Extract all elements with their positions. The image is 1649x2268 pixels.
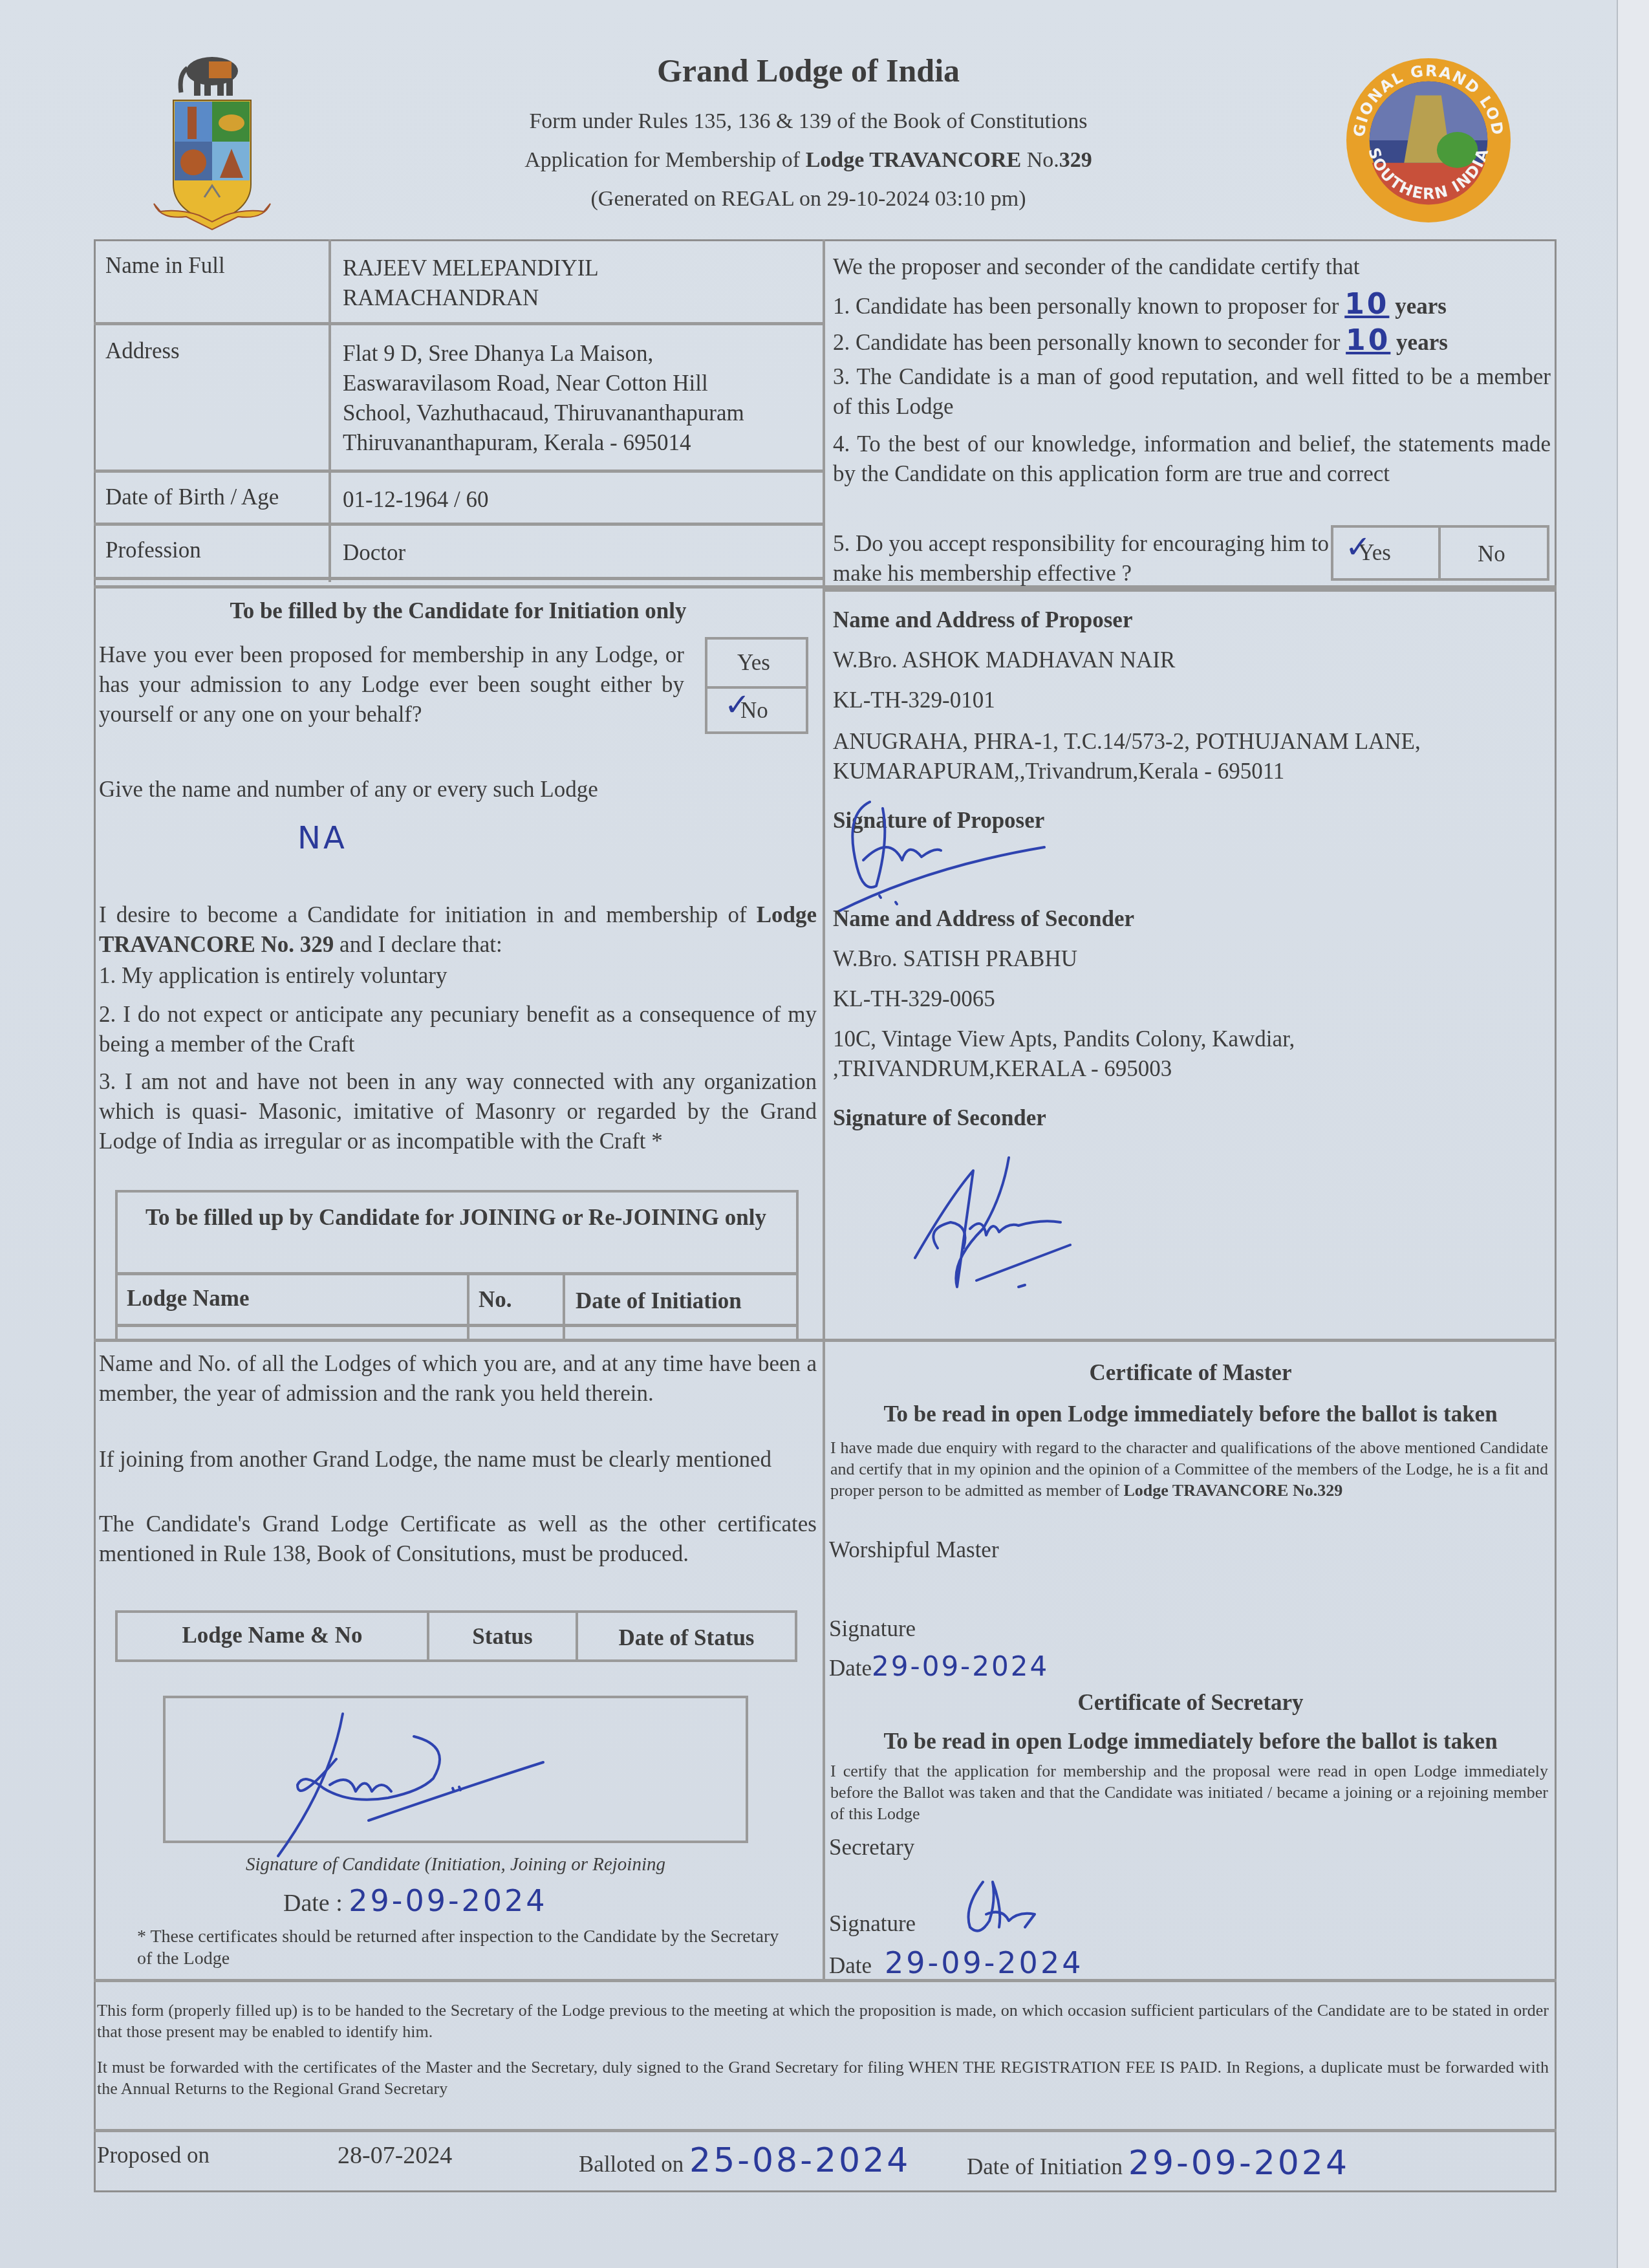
proposer-heading: Name and Address of Proposer <box>833 605 1132 635</box>
declaration-item: 2. I do not expect or anticipate any pec… <box>99 1000 817 1059</box>
declaration-item: 1. My application is entirely voluntary <box>99 961 817 991</box>
row-divider <box>94 470 823 473</box>
name-label: Name in Full <box>105 251 225 281</box>
profession-label: Profession <box>105 535 201 565</box>
master-role: Worshipful Master <box>829 1535 999 1565</box>
secretary-cert-body: I certify that the application for membe… <box>830 1760 1548 1824</box>
row-divider <box>94 577 823 580</box>
give-name-label: Give the name and number of any or every… <box>99 775 598 805</box>
candidate-date-value: 29-09-2024 <box>349 1883 547 1918</box>
seconder-name: W.Bro. SATISH PRABHU <box>833 944 1077 974</box>
seconder-heading: Name and Address of Seconder <box>833 904 1134 934</box>
secretary-signature-icon <box>957 1875 1048 1940</box>
seconder-signature-label: Signature of Seconder <box>833 1103 1046 1133</box>
dob-value: 01-12-1964 / 60 <box>343 485 489 515</box>
certify-intro: We the proposer and seconder of the cand… <box>833 252 1551 282</box>
secretary-role: Secretary <box>829 1833 914 1863</box>
proposer-address-line: ANUGRAHA, PHRA-1, T.C.14/573-2, POTHUJAN… <box>833 727 1421 757</box>
certify-item-5: 5. Do you accept responsibility for enco… <box>833 529 1337 589</box>
row-divider <box>94 322 823 325</box>
master-signature-label: Signature <box>829 1614 916 1644</box>
joining-table-heading: To be filled up by Candidate for JOINING… <box>123 1203 789 1233</box>
application-line: Application for Membership of Lodge TRAV… <box>0 141 1617 180</box>
joining-col-date: Date of Initiation <box>576 1286 742 1316</box>
section-divider <box>94 2129 1557 2132</box>
joining-col-lodge-name: Lodge Name <box>127 1284 250 1313</box>
certify-item-1: 1. Candidate has been personally known t… <box>833 290 1551 321</box>
checkmark-icon: ✓ <box>724 687 750 723</box>
row-divider <box>115 1324 799 1327</box>
seconder-address-line: 10C, Vintage View Apts, Pandits Colony, … <box>833 1024 1295 1054</box>
lodges-paragraph: The Candidate's Grand Lodge Certificate … <box>99 1509 817 1569</box>
section-divider <box>94 1979 1557 1982</box>
seconder-address-line: ,TRIVANDRUM,KERALA - 695003 <box>833 1054 1172 1084</box>
date-of-initiation: Date of Initiation 29-09-2024 <box>967 2148 1350 2182</box>
address-label: Address <box>105 336 180 366</box>
rules-line: Form under Rules 135, 136 & 139 of the B… <box>0 102 1617 141</box>
page-title: Grand Lodge of India <box>0 52 1617 89</box>
dob-label: Date of Birth / Age <box>105 482 279 512</box>
status-col-status: Status <box>429 1622 576 1652</box>
certify-item-2: 2. Candidate has been personally known t… <box>833 326 1551 358</box>
name-value-line1: RAJEEV MELEPANDIYIL <box>343 254 599 283</box>
initiation-heading: To be filled by the Candidate for Initia… <box>94 596 823 626</box>
secretary-signature-label: Signature <box>829 1909 916 1939</box>
instructions-paragraph: It must be forwarded with the certificat… <box>97 2057 1549 2099</box>
certificates-footnote: * These certificates should be returned … <box>137 1926 784 1970</box>
lodges-paragraph: If joining from another Grand Lodge, the… <box>99 1445 817 1474</box>
generated-line: (Generated on REGAL on 29-10-2024 03:10 … <box>0 180 1617 219</box>
col-divider <box>563 1272 565 1340</box>
master-date-value: 29-09-2024 <box>872 1650 1049 1682</box>
secretary-cert-heading: Certificate of Secretary <box>825 1688 1556 1718</box>
form-header: Grand Lodge of India Form under Rules 13… <box>0 52 1617 219</box>
proposer-name: W.Bro. ASHOK MADHAVAN NAIR <box>833 645 1175 675</box>
section-divider <box>94 1339 1557 1342</box>
name-value-line2: RAMACHANDRAN <box>343 283 539 313</box>
label-column-divider <box>329 239 331 582</box>
section-divider <box>823 589 1557 592</box>
proposer-signature-icon <box>831 789 1051 918</box>
proposed-on-label: Proposed on <box>97 2141 210 2170</box>
initiation-question: Have you ever been proposed for membersh… <box>99 640 684 729</box>
master-date: Date29-09-2024 <box>829 1652 1049 1683</box>
profession-value: Doctor <box>343 538 405 568</box>
column-divider <box>823 239 825 1979</box>
balloted-on-value: 25-08-2024 <box>689 2141 911 2180</box>
proposer-reg-no: KL-TH-329-0101 <box>833 686 995 715</box>
secretary-date: Date29-09-2024 <box>829 1948 1083 1981</box>
candidate-signature-caption: Signature of Candidate (Initiation, Join… <box>163 1850 748 1879</box>
address-line: Easwaravilasom Road, Near Cotton Hill <box>343 369 708 398</box>
seconder-reg-no: KL-TH-329-0065 <box>833 984 995 1014</box>
address-line: Flat 9 D, Sree Dhanya La Maison, <box>343 339 653 369</box>
seconder-years-value: 10 <box>1346 324 1390 357</box>
status-col-lodge-name: Lodge Name & No <box>118 1621 427 1650</box>
desire-statement: I desire to become a Candidate for initi… <box>99 900 817 960</box>
row-divider <box>94 523 823 526</box>
scanner-edge <box>1617 0 1649 2268</box>
master-cert-subheading: To be read in open Lodge immediately bef… <box>825 1399 1556 1429</box>
certify-item-3: 3. The Candidate is a man of good reputa… <box>833 362 1551 422</box>
master-cert-heading: Certificate of Master <box>825 1358 1556 1388</box>
date-of-initiation-value: 29-09-2024 <box>1128 2144 1350 2183</box>
checkmark-icon: ✓ <box>1345 529 1371 565</box>
secretary-cert-subheading: To be read in open Lodge immediately bef… <box>825 1727 1556 1756</box>
candidate-date: Date : 29-09-2024 <box>283 1886 548 1918</box>
candidate-signature-icon <box>259 1707 595 1863</box>
certify-item-4: 4. To the best of our knowledge, informa… <box>833 429 1551 489</box>
address-line: School, Vazhuthacaud, Thiruvananthapuram <box>343 398 744 428</box>
balloted-on: Balloted on 25-08-2024 <box>579 2146 911 2179</box>
responsibility-no-label: No <box>1478 539 1505 569</box>
declaration-item: 3. I am not and have not been in any way… <box>99 1067 817 1156</box>
seconder-signature-icon <box>912 1158 1106 1300</box>
proposed-on-value: 28-07-2024 <box>338 2141 452 2170</box>
status-col-date: Date of Status <box>578 1623 795 1653</box>
address-line: Thiruvananthapuram, Kerala - 695014 <box>343 428 691 458</box>
proposer-years-value: 10 <box>1344 288 1389 321</box>
proposer-address-line: KUMARAPURAM,,Trivandrum,Kerala - 695011 <box>833 757 1284 786</box>
secretary-date-value: 29-09-2024 <box>885 1945 1083 1980</box>
application-form-page: REGIONAL GRAND LODGE SOUTHERN INDIA Gran… <box>0 0 1617 2268</box>
joining-col-no: No. <box>479 1285 512 1315</box>
give-name-value: NA <box>297 820 347 856</box>
instructions-paragraph: This form (properly filled up) is to be … <box>97 2000 1549 2042</box>
proposed-before-yes-label: Yes <box>737 648 770 678</box>
row-divider <box>115 1272 799 1275</box>
master-cert-body: I have made due enquiry with regard to t… <box>830 1437 1548 1501</box>
col-divider <box>467 1272 469 1340</box>
lodges-paragraph: Name and No. of all the Lodges of which … <box>99 1349 817 1409</box>
